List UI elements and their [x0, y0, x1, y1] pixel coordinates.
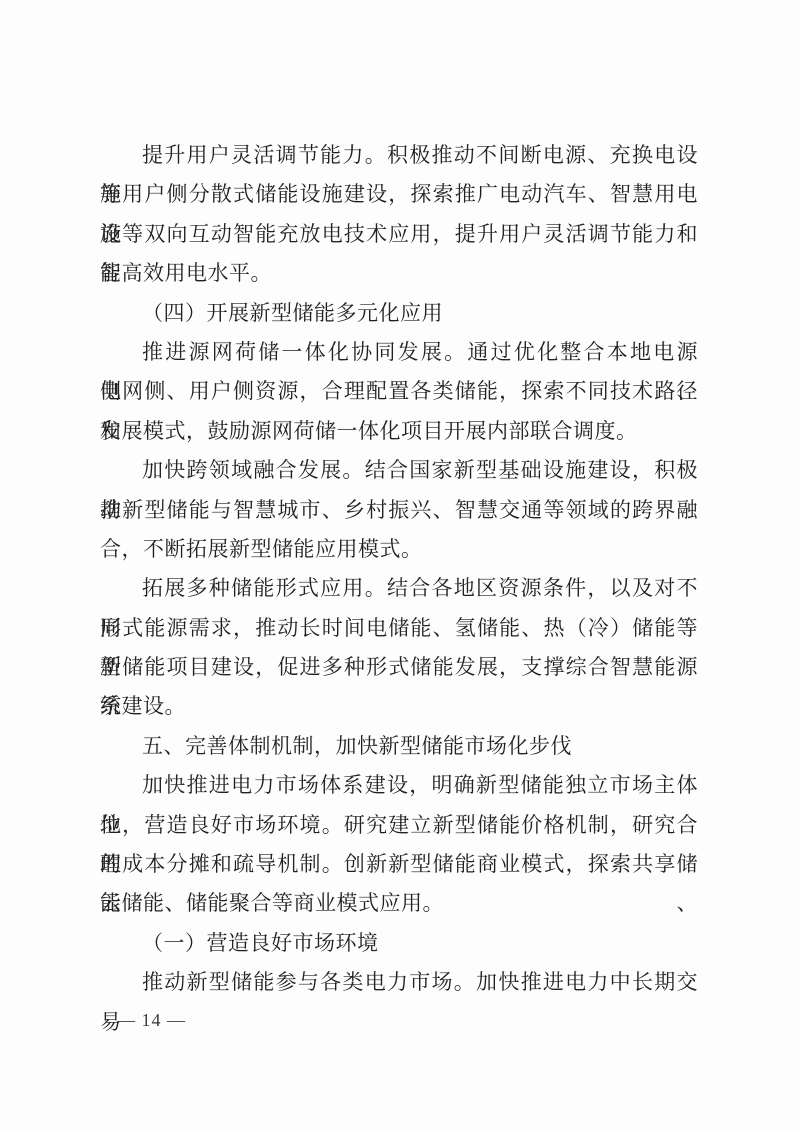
paragraph-line: 电网侧、用户侧资源，合理配置各类储能，探索不同技术路径和 — [100, 372, 698, 411]
chapter-heading-5: 五、完善体制机制，加快新型储能市场化步伐 — [100, 727, 698, 766]
paragraph-line: 加快推进电力市场体系建设，明确新型储能独立市场主体地 — [100, 766, 698, 805]
paragraph-line: 等用户侧分散式储能设施建设，探索推广电动汽车、智慧用电设 — [100, 175, 698, 214]
paragraph-line: 发展模式，鼓励源网荷储一体化项目开展内部联合调度。 — [100, 412, 698, 451]
paragraph-line: 的成本分摊和疏导机制。创新新型储能商业模式，探索共享储能、 — [100, 845, 698, 884]
paragraph-line: 型储能项目建设，促进多种形式储能发展，支撑综合智慧能源系 — [100, 648, 698, 687]
paragraph-line: 合，不断拓展新型储能应用模式。 — [100, 530, 698, 569]
paragraph-line: 统建设。 — [100, 687, 698, 726]
paragraph-line: 形式能源需求，推动长时间电储能、氢储能、热（冷）储能等新 — [100, 609, 698, 648]
paragraph-line: 施等双向互动智能充放电技术应用，提升用户灵活调节能力和智 — [100, 215, 698, 254]
page-number: — 14 — — [117, 1008, 186, 1032]
paragraph-line: 拓展多种储能形式应用。结合各地区资源条件，以及对不同 — [100, 569, 698, 608]
paragraph-line: 推动新型储能参与各类电力市场。加快推进电力中长期交易 — [100, 963, 698, 1002]
paragraph-line: 位，营造良好市场环境。研究建立新型储能价格机制，研究合理 — [100, 806, 698, 845]
section-heading-4: （四）开展新型储能多元化应用 — [100, 294, 698, 333]
paragraph-line: 提升用户灵活调节能力。积极推动不间断电源、充换电设施 — [100, 136, 698, 175]
document-page: 提升用户灵活调节能力。积极推动不间断电源、充换电设施等用户侧分散式储能设施建设，… — [0, 0, 800, 1131]
document-body: 提升用户灵活调节能力。积极推动不间断电源、充换电设施等用户侧分散式储能设施建设，… — [100, 136, 698, 1003]
section-heading-1: （一）营造良好市场环境 — [100, 924, 698, 963]
paragraph-line: 动新型储能与智慧城市、乡村振兴、智慧交通等领域的跨界融 — [100, 491, 698, 530]
paragraph-line: 加快跨领域融合发展。结合国家新型基础设施建设，积极推 — [100, 451, 698, 490]
paragraph-line: 推进源网荷储一体化协同发展。通过优化整合本地电源侧、 — [100, 333, 698, 372]
paragraph-line: 能高效用电水平。 — [100, 254, 698, 293]
